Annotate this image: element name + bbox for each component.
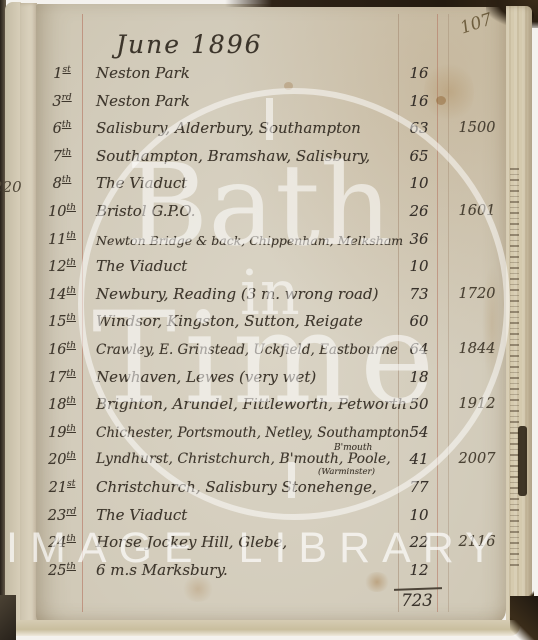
entry-miles: 77 (400, 478, 438, 496)
entry-miles: 16 (400, 92, 438, 110)
monthly-total: 723 (388, 591, 446, 610)
entry-route: 6 m.s Marksbury. (96, 561, 228, 579)
damaged-bottom-right-corner (510, 596, 538, 640)
entry-annotation-above: B'mouth (334, 443, 372, 453)
entry-miles: 54 (400, 423, 438, 441)
ledger-row: 24th Horse Jockey Hill, Glebe, 22 2116 (36, 531, 506, 559)
ledger-row: 17th Newhaven, Lewes (very wet) 18 (36, 366, 506, 394)
entry-miles: 36 (400, 230, 438, 248)
entry-miles: 41 (400, 450, 438, 468)
entry-date: 12th (40, 258, 84, 275)
entry-miles: 16 (400, 64, 438, 82)
entry-miles: 63 (400, 119, 438, 137)
bottom-page-edges (8, 620, 520, 636)
entry-miles: 22 (400, 533, 438, 551)
entry-date: 24th (40, 534, 84, 551)
ledger-row: 19th Chichester, Portsmouth, Netley, Sou… (36, 421, 506, 449)
entry-route: The Viaduct (96, 174, 187, 192)
entry-date: 16th (40, 341, 84, 358)
entry-cumulative: 1500 (450, 120, 504, 136)
entry-route: Lyndhurst, Christchurch, B'mouth, Poole,… (96, 451, 391, 467)
entry-route: Newton Bridge & back, Chippenham, Melksh… (96, 233, 403, 248)
ledger-row: 21st Christchurch, Salisbury Stonehenge,… (36, 476, 506, 504)
entry-miles: 18 (400, 368, 438, 386)
entry-route: Newhaven, Lewes (very wet) (96, 368, 316, 386)
previous-page-edge-2 (20, 3, 37, 635)
ledger-row: 20th Lyndhurst, Christchurch, B'mouth, P… (36, 448, 506, 476)
entry-cumulative: 2116 (450, 534, 504, 550)
entry-date: 6th (40, 120, 84, 137)
ledger-row: 6th Salisbury, Alderbury, Southampton 63… (36, 117, 506, 145)
entry-route: Chichester, Portsmouth, Netley, Southamp… (96, 425, 409, 441)
ledger-row: 14th Newbury, Reading (3 m. wrong road) … (36, 283, 506, 311)
ledger-row: 11th Newton Bridge & back, Chippenham, M… (36, 228, 506, 256)
fore-edge-tear (518, 426, 527, 496)
entry-miles: 10 (400, 174, 438, 192)
entry-date: 19th (40, 424, 84, 441)
ledger-row: 10th Bristol G.P.O. 26 1601 (36, 200, 506, 228)
entry-route: Christchurch, Salisbury Stonehenge, (96, 478, 377, 496)
entry-route: The Viaduct (96, 257, 187, 275)
entry-route: Crawley, E. Grinstead, Uckfield, Eastbou… (96, 342, 398, 358)
entry-route: Southampton, Bramshaw, Salisbury, (96, 147, 370, 165)
entry-date: 14th (40, 286, 84, 303)
entry-date: 20th (40, 451, 84, 468)
entry-route: Salisbury, Alderbury, Southampton (96, 119, 361, 137)
ledger-page: 107 June 1896 1st Neston Park 16 3rd Nes… (36, 4, 506, 624)
margin-note: 220 (0, 178, 22, 196)
fore-edge-pages (506, 6, 532, 626)
previous-page-edge (5, 2, 21, 636)
entry-miles: 60 (400, 312, 438, 330)
entry-date: 7th (40, 148, 84, 165)
entry-cumulative: 1912 (450, 396, 504, 412)
entry-date: 17th (40, 369, 84, 386)
entry-date: 10th (40, 203, 84, 220)
entry-route: Neston Park (96, 64, 190, 82)
ledger-row: 8th The Viaduct 10 (36, 172, 506, 200)
entry-date: 23rd (40, 507, 84, 524)
entry-date: 8th (40, 175, 84, 192)
ledger-entries: 1st Neston Park 16 3rd Neston Park 16 6t… (36, 62, 506, 586)
entry-miles: 64 (400, 340, 438, 358)
ledger-row: 23rd The Viaduct 10 (36, 504, 506, 532)
entry-miles: 65 (400, 147, 438, 165)
ledger-row: 3rd Neston Park 16 (36, 90, 506, 118)
fore-edge-print-specks (510, 166, 519, 566)
entry-cumulative: 1720 (450, 286, 504, 302)
entry-route: Brighton, Arundel, Fittleworth, Petworth (96, 395, 407, 413)
ledger-row: 18th Brighton, Arundel, Fittleworth, Pet… (36, 393, 506, 421)
entry-date: 18th (40, 396, 84, 413)
entry-miles: 73 (400, 285, 438, 303)
entry-route: Horse Jockey Hill, Glebe, (96, 533, 287, 551)
entry-miles: 12 (400, 561, 438, 579)
entry-date: 21st (40, 479, 84, 496)
entry-miles: 10 (400, 506, 438, 524)
entry-date: 11th (40, 231, 84, 248)
ledger-row: 12th The Viaduct 10 (36, 255, 506, 283)
damaged-bottom-left-corner (0, 595, 16, 640)
ledger-row: 15th Windsor, Kingston, Sutton, Reigate … (36, 310, 506, 338)
entry-route: Bristol G.P.O. (96, 202, 196, 220)
entry-date: 25th (40, 562, 84, 579)
entry-date: 15th (40, 313, 84, 330)
entry-cumulative: 2007 (450, 451, 504, 467)
entry-miles: 26 (400, 202, 438, 220)
entry-route: Newbury, Reading (3 m. wrong road) (96, 285, 378, 303)
entry-date: 1st (40, 65, 84, 82)
entry-route: Windsor, Kingston, Sutton, Reigate (96, 312, 363, 330)
entry-miles: 10 (400, 257, 438, 275)
ledger-photo: 220 107 June 1896 1st Neston Park 16 3rd… (0, 0, 538, 640)
ledger-row: 1st Neston Park 16 (36, 62, 506, 90)
entry-route: The Viaduct (96, 506, 187, 524)
entry-cumulative: 1601 (450, 203, 504, 219)
entry-date: 3rd (40, 93, 84, 110)
ledger-row: 25th 6 m.s Marksbury. 12 (36, 559, 506, 587)
ledger-row: 7th Southampton, Bramshaw, Salisbury, 65 (36, 145, 506, 173)
ledger-row: 16th Crawley, E. Grinstead, Uckfield, Ea… (36, 338, 506, 366)
entry-miles: 50 (400, 395, 438, 413)
entry-route: Neston Park (96, 92, 190, 110)
month-title: June 1896 (116, 30, 263, 59)
entry-cumulative: 1844 (450, 341, 504, 357)
